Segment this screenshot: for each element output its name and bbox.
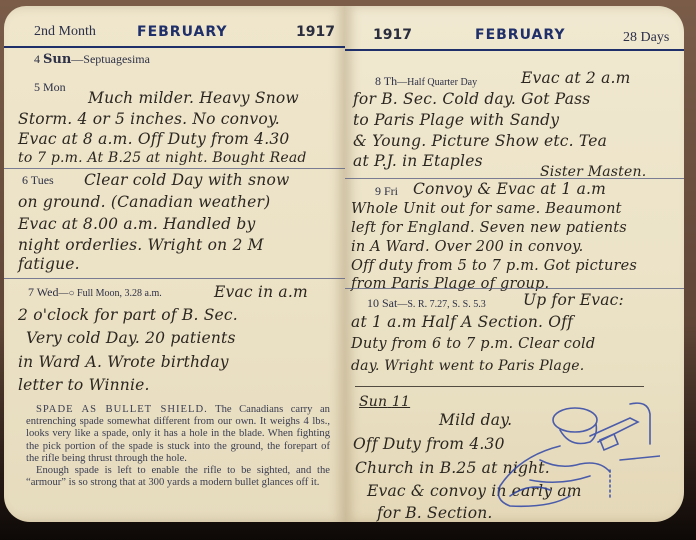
day-divider <box>355 386 644 387</box>
day-label-5: 5 Mon <box>34 80 66 95</box>
day-note: —Half Quarter Day <box>397 77 477 88</box>
entry-line: Evac at 8 a.m. Off Duty from 4.30 <box>18 129 289 150</box>
entry-line: Up for Evac: <box>523 290 624 311</box>
entry-line: Storm. 4 or 5 inches. No convoy. <box>18 109 280 130</box>
soldier-rifle-sketch-icon <box>470 400 660 510</box>
entry-line: from Paris Plage of group. <box>351 274 549 295</box>
entry-line: Very cold Day. 20 patients <box>26 328 236 349</box>
day-label-8: 8 Th—Half Quarter Day <box>375 74 477 89</box>
entry-line: letter to Winnie. <box>18 375 150 396</box>
day-divider <box>4 168 345 169</box>
year: 1917 <box>373 27 412 43</box>
month-number: 2nd Month <box>34 24 96 40</box>
entry-line: to 7 p.m. At B.25 at night. Bought Read <box>18 148 307 169</box>
entry-line: 2 o'clock for part of B. Sec. <box>18 305 238 326</box>
entry-line: Much milder. Heavy Snow <box>88 88 299 109</box>
printed-note-spade-bullet-shield: SPADE AS BULLET SHIELD. The Canadians ca… <box>26 404 330 489</box>
entry-line: at P.J. in Etaples <box>353 151 483 172</box>
diary-left-page: 2nd Month FEBRUARY 1917 4 Sun—Septuagesi… <box>4 6 345 522</box>
month-name: FEBRUARY <box>475 27 566 43</box>
entry-line: & Young. Picture Show etc. Tea <box>353 131 607 152</box>
right-page-header: 1917 FEBRUARY 28 Days <box>345 23 684 51</box>
entry-line: day. Wright went to Paris Plage. <box>351 356 584 377</box>
entry-line: in A Ward. Over 200 in convoy. <box>351 237 583 258</box>
day-note: —Septuagesima <box>71 52 150 66</box>
entry-line: Duty from 6 to 7 p.m. Clear cold <box>351 334 595 355</box>
day-divider <box>345 288 684 289</box>
entry-line: at 1 a.m Half A Section. Off <box>351 312 573 333</box>
day-label-4: 4 Sun—Septuagesima <box>34 52 150 67</box>
day-note: —○ Full Moon, 3.28 a.m. <box>59 288 162 299</box>
entry-line: Convoy & Evac at 1 a.m <box>413 179 606 200</box>
days-in-month: 28 Days <box>623 30 669 46</box>
printed-note-title: SPADE AS BULLET SHIELD. <box>36 404 208 415</box>
month-name: FEBRUARY <box>137 24 228 40</box>
entry-line: fatigue. <box>18 254 80 275</box>
entry-line: Whole Unit out for same. Beaumont <box>351 199 622 220</box>
entry-line: Clear cold Day with snow <box>84 170 289 191</box>
day-label-6: 6 Tues <box>22 173 54 188</box>
day-divider <box>4 278 345 279</box>
printed-note-paragraph-2: Enough spade is left to enable the rifle… <box>26 465 330 489</box>
entry-line: Evac in a.m <box>214 282 308 303</box>
day-label-11: Sun 11 <box>359 392 410 413</box>
entry-line: for B. Sec. Cold day. Got Pass <box>353 89 590 110</box>
entry-line: to Paris Plage with Sandy <box>353 110 559 131</box>
year: 1917 <box>296 24 335 40</box>
day-label-7: 7 Wed—○ Full Moon, 3.28 a.m. <box>28 285 162 300</box>
entry-line: in Ward A. Wrote birthday <box>18 352 229 373</box>
day-label-9: 9 Fri <box>375 184 398 199</box>
weekday: Sun <box>43 52 71 67</box>
entry-line: night orderlies. Wright on 2 M <box>18 235 264 256</box>
day-note: —S. R. 7.27, S. S. 5.3 <box>397 299 485 310</box>
entry-line: Evac at 2 a.m <box>521 68 631 89</box>
entry-line: Evac at 8.00 a.m. Handled by <box>18 214 255 235</box>
entry-line: on ground. (Canadian weather) <box>18 192 270 213</box>
day-label-10: 10 Sat—S. R. 7.27, S. S. 5.3 <box>367 296 486 311</box>
left-page-header: 2nd Month FEBRUARY 1917 <box>4 20 345 48</box>
entry-line: left for England. Seven new patients <box>351 218 627 239</box>
